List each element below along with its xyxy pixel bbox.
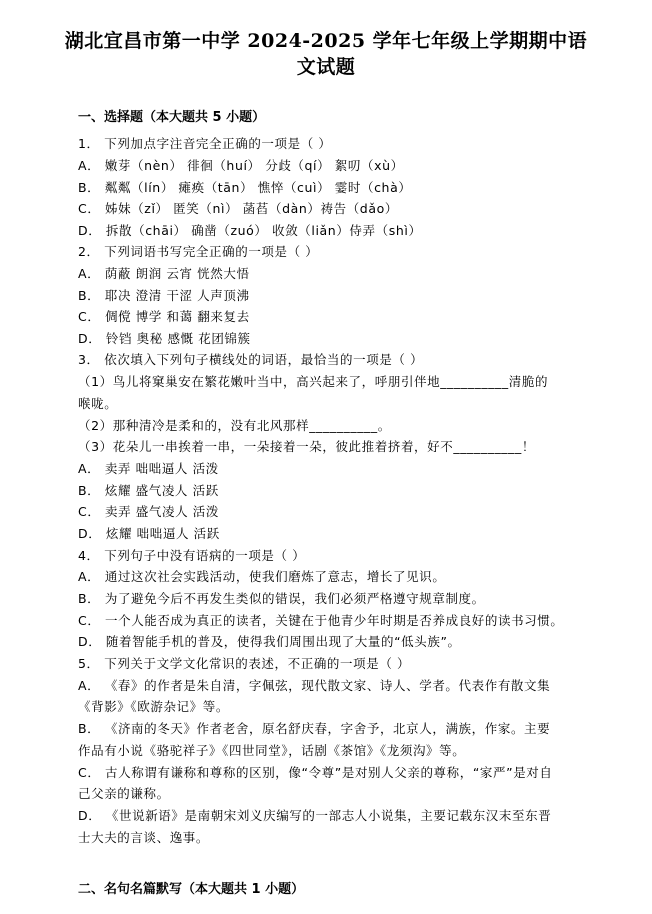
q2-option-a: A． 荫蔽 朗润 云宵 恍然大悟 xyxy=(78,264,250,284)
q4-option-b: B． 为了避免今后不再发生类似的错误，我们必须严格遵守规章制度。 xyxy=(78,589,485,609)
document-page: 湖北宜昌市第一中学 2024-2025 学年七年级上学期期中语 文试题 一、选择… xyxy=(0,0,652,914)
title-line-1: 湖北宜昌市第一中学 2024-2025 学年七年级上学期期中语 xyxy=(60,28,592,54)
q5-option-d: D． 《世说新语》是南朝宋刘义庆编写的一部志人小说集，主要记载东汉末至东晋 xyxy=(78,806,551,826)
q3-option-c: C． 卖弄 盛气凌人 活泼 xyxy=(78,502,219,522)
q5-option-a-cont: 《背影》《欧游杂记》等。 xyxy=(78,697,229,717)
q3-sentence-1-cont: 喉咙。 xyxy=(78,394,117,414)
q5-option-c: C． 古人称谓有谦称和尊称的区别，像“令尊”是对别人父亲的尊称，“家严”是对自 xyxy=(78,763,553,783)
q1-option-c: C． 姊妹（zǐ） 匿笑（nì） 菡萏（dàn）祷告（dǎo） xyxy=(78,199,398,219)
q3-option-a: A． 卖弄 咄咄逼人 活泼 xyxy=(78,459,219,479)
q3-sentence-2: （2）那种清冷是柔和的，没有北风那样__________。 xyxy=(78,416,391,436)
q4-option-d: D． 随着智能手机的普及，使得我们周围出现了大量的“低头族”。 xyxy=(78,632,461,652)
question-3: 3． 依次填入下列句子横线处的词语，最恰当的一项是（ ） xyxy=(78,350,423,370)
q2-option-b: B． 耶决 澄清 干涩 人声顶沸 xyxy=(78,286,250,306)
document-title: 湖北宜昌市第一中学 2024-2025 学年七年级上学期期中语 文试题 xyxy=(60,28,592,80)
q5-option-a: A． 《春》的作者是朱自清，字佩弦，现代散文家、诗人、学者。代表作有散文集 xyxy=(78,676,550,696)
q1-option-b: B． 粼粼（lín） 瘫痪（tān） 憔悴（cuì） 霎时（chà） xyxy=(78,178,411,198)
q1-option-d: D． 拆散（chāi） 确凿（zuó） 收敛（liǎn）侍弄（shì） xyxy=(78,221,422,241)
q5-option-d-cont: 士大夫的言谈、逸事。 xyxy=(78,828,209,848)
q5-option-b: B． 《济南的冬天》作者老舍，原名舒庆春，字舍予，北京人，满族，作家。主要 xyxy=(78,719,550,739)
q3-option-b: B． 炫耀 盛气凌人 活跃 xyxy=(78,481,219,501)
question-2: 2． 下列词语书写完全正确的一项是（ ） xyxy=(78,242,318,262)
q4-option-a: A． 通过这次社会实践活动，使我们磨炼了意志，增长了见识。 xyxy=(78,567,445,587)
q5-option-b-cont: 作品有小说《骆驼祥子》《四世同堂》，话剧《茶馆》《龙须沟》等。 xyxy=(78,741,465,761)
q2-option-d: D． 铃铛 奥秘 感慨 花团锦簇 xyxy=(78,329,251,349)
q3-sentence-3: （3）花朵儿一串挨着一串，一朵接着一朵，彼此推着挤着，好不__________！ xyxy=(78,437,535,457)
section-heading-choice: 一、选择题（本大题共 5 小题） xyxy=(78,106,265,125)
q3-sentence-1: （1）鸟儿将窠巢安在繁花嫩叶当中，高兴起来了，呼朋引伴地__________清脆… xyxy=(78,372,548,392)
q3-option-d: D． 炫耀 咄咄逼人 活跃 xyxy=(78,524,220,544)
q1-option-a: A． 嫩芽（nèn） 徘徊（huí） 分歧（qí） 絮叨（xù） xyxy=(78,156,404,176)
question-4: 4． 下列句子中没有语病的一项是（ ） xyxy=(78,546,305,566)
q5-option-c-cont: 己父亲的谦称。 xyxy=(78,784,170,804)
q4-option-c: C． 一个人能否成为真正的读者，关键在于他青少年时期是否养成良好的读书习惯。 xyxy=(78,611,564,631)
section-heading-recitation: 二、名句名篇默写（本大题共 1 小题） xyxy=(78,878,304,897)
title-line-2: 文试题 xyxy=(60,54,592,80)
question-1: 1． 下列加点字注音完全正确的一项是（ ） xyxy=(78,134,332,154)
question-5: 5． 下列关于文学文化常识的表述，不正确的一项是（ ） xyxy=(78,654,410,674)
q2-option-c: C． 倜傥 博学 和蔼 翻来复去 xyxy=(78,307,250,327)
